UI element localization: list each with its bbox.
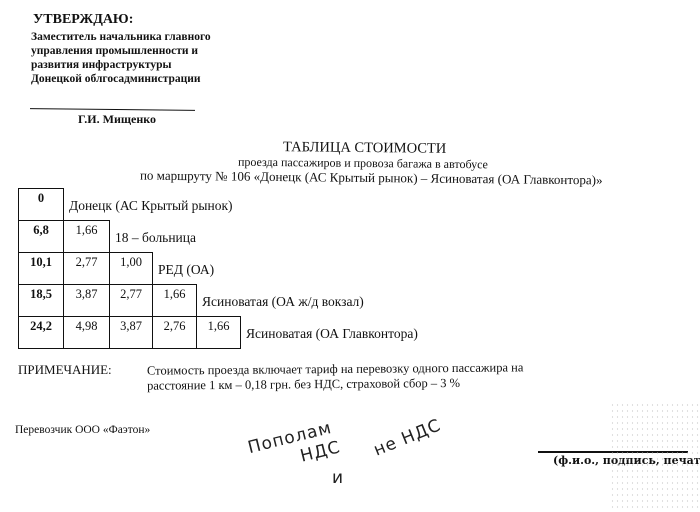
fare-cell: 10,1 [18, 252, 64, 285]
carrier-name: Перевозчик ООО «Фаэтон» [15, 424, 150, 436]
fare-cell: 3,87 [109, 316, 153, 349]
fare-cell: 4,98 [63, 316, 110, 349]
approval-line: Донецкой облгосадминистрации [31, 72, 201, 86]
fare-cell: 1,66 [152, 284, 197, 317]
fare-cell: 0 [18, 188, 64, 221]
signer-name: Г.И. Мищенко [78, 112, 156, 127]
fare-cell: 2,77 [109, 284, 153, 317]
fare-cell: 6,8 [18, 220, 64, 253]
note-line: расстояние 1 км – 0,18 грн. без НДС, стр… [147, 375, 524, 393]
fare-cell: 2,76 [152, 316, 197, 349]
fare-cell: 1,66 [63, 220, 110, 253]
stop-name: РЕД (ОА) [158, 262, 214, 278]
note-text: Стоимость проезда включает тариф на пере… [147, 360, 524, 393]
handwritten-line: и [332, 468, 344, 488]
stop-name: 18 – больница [115, 230, 196, 246]
signature-line [30, 108, 195, 111]
stop-name: Донецк (АС Крытый рынок) [69, 198, 233, 214]
fare-cell: 1,66 [196, 316, 241, 349]
fare-cell: 3,87 [63, 284, 110, 317]
scan-noise [610, 402, 700, 512]
handwritten-line: не НДС [371, 415, 444, 460]
approval-line: Заместитель начальника главного [31, 30, 211, 44]
fare-cell: 18,5 [18, 284, 64, 317]
approval-line: развития инфраструктуры [31, 58, 171, 72]
approval-line: управления промышленности и [31, 44, 198, 58]
fare-cell: 2,77 [63, 252, 110, 285]
fare-cell: 1,00 [109, 252, 153, 285]
stop-name: Ясиноватая (ОА Главконтора) [246, 326, 418, 342]
approval-heading: УТВЕРЖДАЮ: [33, 12, 133, 28]
note-label: ПРИМЕЧАНИЕ: [18, 362, 112, 378]
fare-cell: 24,2 [18, 316, 64, 349]
stop-name: Ясиноватая (ОА ж/д вокзал) [202, 294, 364, 310]
route-description: по маршруту № 106 «Донецк (АС Крытый рын… [140, 168, 603, 189]
